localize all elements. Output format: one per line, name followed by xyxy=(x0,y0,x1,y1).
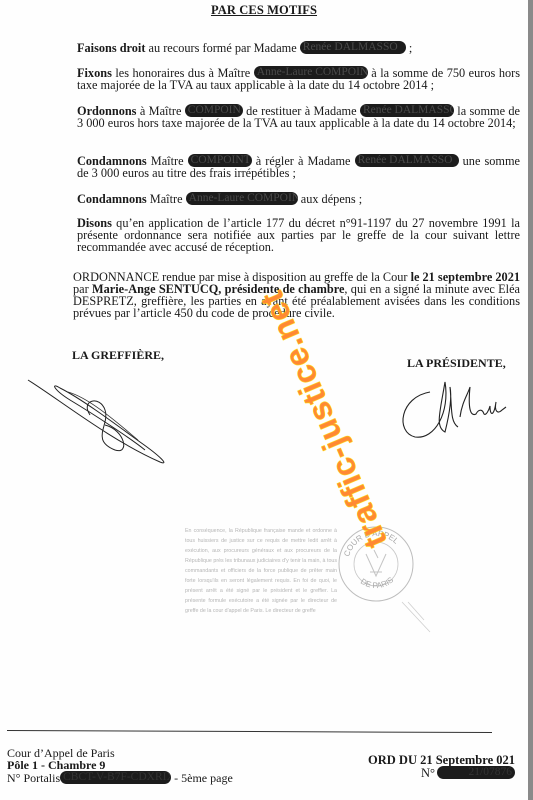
paragraph-text: ; xyxy=(406,41,413,55)
redaction-box: Renée DALMASSO xyxy=(355,154,459,167)
paragraph-ordonnons: Ordonnons à Maître COMPOINT de restituer… xyxy=(77,104,520,129)
section-heading: PAR CES MOTIFS xyxy=(0,3,528,18)
executory-formula: En conséquence, la République française … xyxy=(185,526,337,616)
greffiere-label: LA GREFFIÈRE, xyxy=(72,348,164,363)
paragraph-text: Maître xyxy=(147,192,186,206)
page-indicator: - 5ème page xyxy=(171,771,233,785)
svg-text:DE PARIS: DE PARIS xyxy=(359,575,395,590)
footer-left: Cour d’Appel de Paris Pôle 1 - Chambre 9… xyxy=(7,747,233,784)
case-number-line: N°21/07876 xyxy=(368,766,515,779)
presidente-signature xyxy=(390,372,510,442)
scan-edge xyxy=(528,0,533,800)
redaction-box: Renée DALMASSO xyxy=(300,41,406,54)
paragraph-condamnons-depens: Condamnons Maître Anne-Laure COMPOINT au… xyxy=(77,192,520,205)
footer-divider xyxy=(7,730,492,733)
portalis-line: N° PortalisCBCT-V-B7F-CDXRIX - 5ème page xyxy=(7,771,233,784)
ordonnance-reference: ORD DU 21 Septembre 021 xyxy=(368,754,515,766)
presidente-label: LA PRÉSIDENTE, xyxy=(407,356,506,371)
case-number-label: N° xyxy=(421,766,435,780)
ordonnance-paragraph: ORDONNANCE rendue par mise à disposition… xyxy=(73,271,520,319)
paragraph-text: au recours formé par Madame xyxy=(145,41,299,55)
portalis-label: N° Portalis xyxy=(7,771,60,785)
chamber-name: Pôle 1 - Chambre 9 xyxy=(7,759,233,771)
stamp-flourish xyxy=(400,600,440,640)
paragraph-lead: Faisons droit xyxy=(77,41,145,55)
paragraph-disons: Disons qu’en application de l’article 17… xyxy=(77,217,520,253)
paragraph-faisons-droit: Faisons droit au recours formé par Madam… xyxy=(77,41,520,54)
paragraph-fixons: Fixons les honoraires dus à Maître Anne-… xyxy=(77,66,520,91)
footer-right: ORD DU 21 Septembre 021 N°21/07876 xyxy=(368,754,515,779)
paragraph-condamnons-frais: Condamnons Maître COMPOINT à régler à Ma… xyxy=(77,154,520,179)
paragraph-text: aux dépens ; xyxy=(298,192,363,206)
court-stamp-icon: COUR D'APPEL DE PARIS xyxy=(336,524,416,604)
redaction-box: Anne-Laure COMPOINT xyxy=(186,192,298,205)
document-page: PAR CES MOTIFS Faisons droit au recours … xyxy=(0,0,528,800)
redaction-box: 21/07876 xyxy=(437,766,515,779)
paragraph-lead: Condamnons xyxy=(77,192,147,206)
greffiere-signature xyxy=(20,370,170,470)
svg-text:COUR D'APPEL: COUR D'APPEL xyxy=(342,529,401,558)
paragraph-text: qu’en application de l’article 177 du dé… xyxy=(77,216,520,254)
redaction-box: CBCT-V-B7F-CDXRIX xyxy=(60,771,171,784)
